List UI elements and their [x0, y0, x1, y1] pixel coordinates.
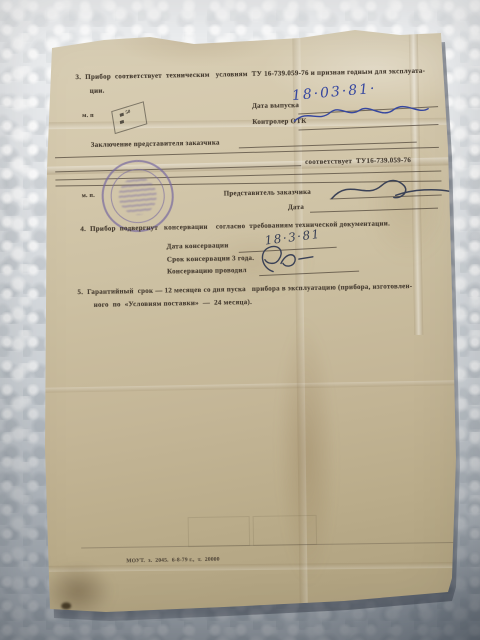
representative-label: Представитель заказчика [224, 188, 311, 198]
document-paper: 3. Прибор соответствует техническим усло… [44, 28, 456, 612]
section3-text-line1: 3. Прибор соответствует техническим усло… [75, 67, 425, 81]
show-through-box [253, 515, 318, 546]
photo-scene: 3. Прибор соответствует техническим усло… [0, 0, 480, 640]
otk-diamond-stamp: 50 [111, 101, 147, 134]
stain-center [274, 316, 339, 587]
conformity-text: соответствует ТУ16-739.059-76 [305, 156, 411, 166]
fold-crease-horizontal-lower [45, 380, 457, 393]
stain-dark-spot [61, 602, 71, 609]
representative-signature [325, 172, 454, 204]
stamp-mark-dot [120, 120, 124, 124]
stamp-mark-dot [120, 113, 124, 117]
section5-text-line1: 5. Гарантийный срок — 12 месяцев со дня … [77, 282, 412, 296]
fold-crease-horizontal-bottom [49, 562, 461, 572]
stamp-number: 50 [125, 110, 131, 116]
document-content: 3. Прибор соответствует техническим усло… [39, 24, 462, 615]
mp-label-mid: м. п. [82, 193, 95, 199]
conservation-date-label: Дата консервации [167, 241, 229, 250]
print-imprint-text: МОУТ. з. 2045. 6-8-79 г., т. 20000 [126, 557, 219, 565]
conservation-term-text: Срок консервации 3 года. [167, 254, 255, 264]
blank-line-2 [55, 165, 301, 172]
conservator-signature [251, 241, 322, 278]
otk-signature [290, 101, 432, 130]
section5-text-line2: ного по «Условиям поставки» — 24 месяца)… [94, 298, 253, 309]
issue-date-handwritten: 18·03·81· [291, 81, 377, 104]
show-through-box [188, 516, 251, 547]
conclusion-label: Заключение представителя заказчика [91, 139, 220, 149]
date-line [310, 208, 438, 213]
mp-label-top: м. п [82, 113, 94, 119]
conservator-label: Консервацию проводил [167, 266, 247, 275]
date-label: Дата [288, 203, 304, 211]
section3-text-line2: ции. [90, 87, 105, 95]
